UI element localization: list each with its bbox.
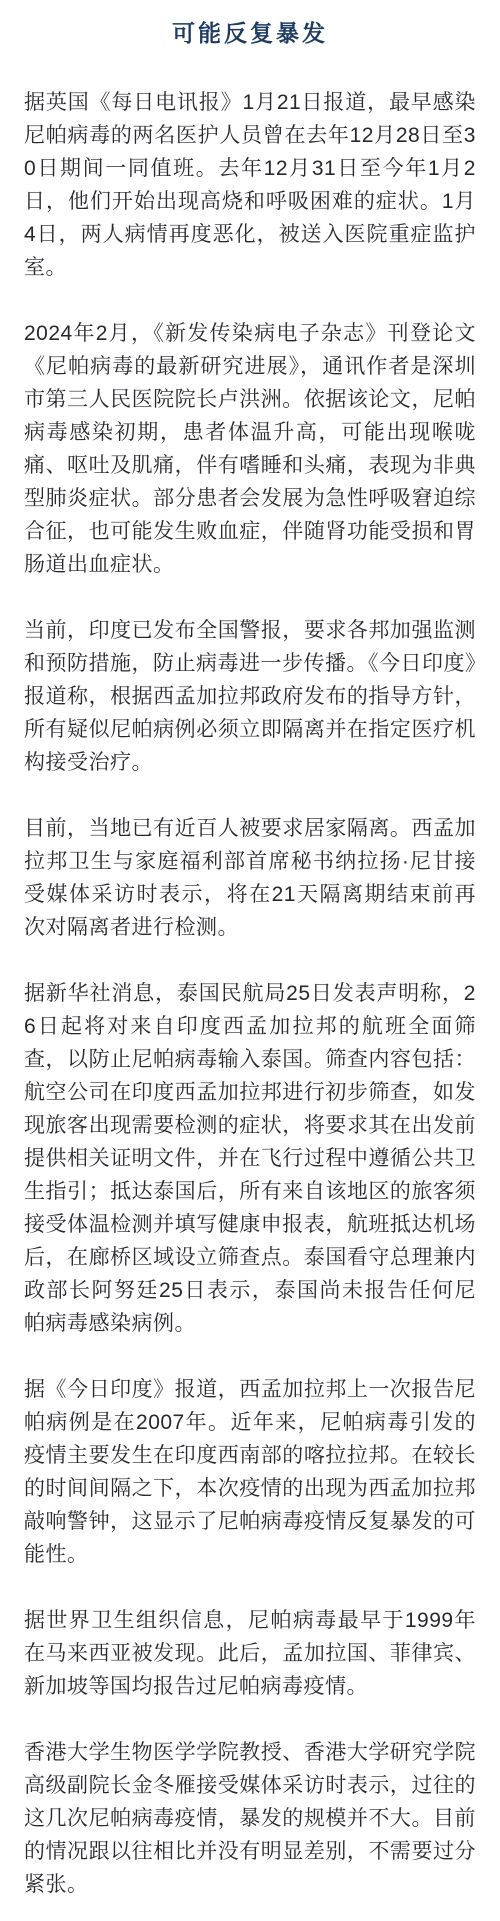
article-paragraph: 香港大学生物医学学院教授、香港大学研究学院高级副院长金冬雁接受媒体采访时表示，过… bbox=[24, 1736, 476, 1901]
article-paragraph: 据《今日印度》报道，西孟加拉邦上一次报告尼帕病例是在2007年。近年来，尼帕病毒… bbox=[24, 1373, 476, 1571]
article-paragraph: 据新华社消息，泰国民航局25日发表声明称，26日起将对来自印度西孟加拉邦的航班全… bbox=[24, 977, 476, 1340]
article-paragraph: 当前，印度已发布全国警报，要求各邦加强监测和预防措施，防止病毒进一步传播。《今日… bbox=[24, 614, 476, 779]
article-paragraph: 据世界卫生组织信息，尼帕病毒最早于1999年在马来西亚被发现。此后，孟加拉国、菲… bbox=[24, 1604, 476, 1703]
article-paragraph: 目前，当地已有近百人被要求居家隔离。西孟加拉邦卫生与家庭福利部首席秘书纳拉扬·尼… bbox=[24, 812, 476, 944]
article-paragraph: 据英国《每日电讯报》1月21日报道，最早感染尼帕病毒的两名医护人员曾在去年12月… bbox=[24, 86, 476, 284]
article-section-title: 可能反复暴发 bbox=[24, 18, 476, 48]
article-body: 可能反复暴发 据英国《每日电讯报》1月21日报道，最早感染尼帕病毒的两名医护人员… bbox=[0, 0, 500, 1921]
article-paragraph: 2024年2月，《新发传染病电子杂志》刊登论文《尼帕病毒的最新研究进展》，通讯作… bbox=[24, 317, 476, 581]
